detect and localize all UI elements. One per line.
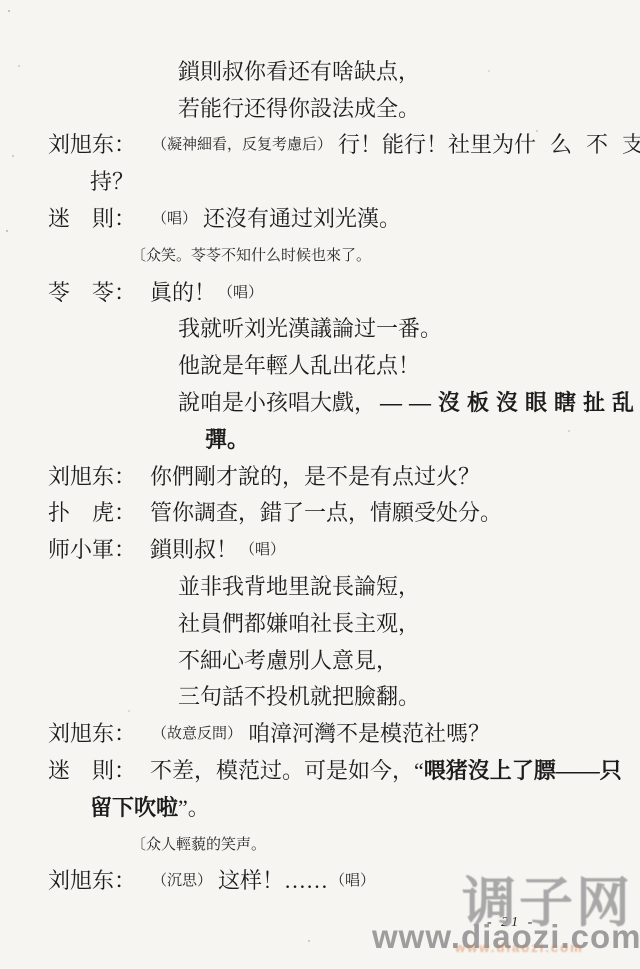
dialogue-text: 我就听刘光漢議論过一番。 (178, 312, 442, 343)
stage-direction: （故意反問） (152, 722, 242, 743)
script-line: 三句話不投机就把臉翻。 (178, 678, 640, 715)
dialogue-text: 三句話不投机就把臉翻。 (178, 680, 420, 711)
speaker-name: 迷 則： (48, 202, 136, 233)
script-line: 迷 則：（唱）还沒有通过刘光漢。 (48, 199, 640, 236)
stage-direction: （凝神細看，反复考慮后） (152, 133, 332, 154)
speaker-name: 苓 苓： (48, 276, 136, 307)
stage-direction: 〔众人輕藐的笑声。 (131, 833, 266, 854)
dialogue-text: 並非我背地里說長論短， (178, 570, 420, 601)
speaker-name: 迷 則： (48, 754, 136, 785)
script-line: 苓 苓：眞的！（唱） (48, 273, 640, 310)
speaker-name: 刘旭东： (48, 460, 136, 491)
emphasized-text: 留下吹啦 (90, 791, 178, 822)
watermark-echo-text: www.diaozi.com (455, 940, 584, 955)
stage-direction: （沉思） (152, 869, 212, 890)
script-line: 刘旭东：（故意反問）咱漳河灣不是模范社嗎？ (48, 714, 640, 751)
script-line: 留下吹啦”。 (90, 788, 640, 825)
script-line: 师小軍：鎖則叔！（唱） (48, 530, 640, 567)
dialogue-text: 咱漳河灣不是模范社嗎？ (248, 717, 490, 748)
speaker-name: 刘旭东： (48, 128, 136, 159)
script-line: 〔众人輕藐的笑声。 (131, 825, 640, 862)
script-body: 鎖則叔你看还有啥缺点，若能行还得你設法成全。刘旭东：（凝神細看，反复考慮后）行！… (0, 52, 640, 898)
scan-specks (8, 10, 10, 12)
script-line: 社員們都嫌咱社長主观， (178, 604, 640, 641)
script-line: 說咱是小孩唱大戲，——沒板沒眼瞎扯乱 (178, 383, 640, 420)
emphasized-text: ——沒板沒眼瞎扯乱 (380, 386, 640, 417)
script-line: 不細心考慮別人意見， (178, 641, 640, 678)
dialogue-text: 他說是年輕人乱出花点！ (178, 349, 420, 380)
dialogue-text: 这样！…… (218, 864, 328, 895)
speaker-name: 刘旭东： (48, 717, 136, 748)
dialogue-text: 什么不支 (514, 128, 640, 159)
dialogue-text: 不差，模范过。可是如今，“ (150, 754, 424, 785)
dialogue-text: 还沒有通过刘光漢。 (203, 202, 401, 233)
speaker-name: 刘旭东： (48, 864, 136, 895)
script-line: 刘旭东：你們剛才說的，是不是有点过火？ (48, 457, 640, 494)
speaker-name: 师小軍： (48, 533, 136, 564)
dialogue-text: 社員們都嫌咱社長主观， (178, 607, 420, 638)
dialogue-text: 你們剛才說的，是不是有点过火？ (150, 460, 480, 491)
dialogue-text: 若能行还得你設法成全。 (178, 92, 420, 123)
script-line: 我就听刘光漢議論过一番。 (178, 310, 640, 347)
script-line: 他說是年輕人乱出花点！ (178, 346, 640, 383)
dialogue-text: 管你調查，錯了一点，情願受处分。 (150, 496, 502, 527)
stage-direction: （唱） (330, 869, 375, 890)
stage-direction: 〔众笑。苓苓不知什么时候也來了。 (131, 244, 371, 265)
dialogue-text: 行！能行！社里为 (338, 128, 514, 159)
script-line: 刘旭东：（凝神細看，反复考慮后）行！能行！社里为什么不支 (48, 126, 640, 163)
dialogue-text: 說咱是小孩唱大戲， (178, 386, 376, 417)
dialogue-text: 鎖則叔你看还有啥缺点， (178, 55, 420, 86)
dialogue-text: 不細心考慮別人意見， (178, 644, 398, 675)
dialogue-text: 眞的！ (150, 276, 216, 307)
script-line: 彈。 (205, 420, 640, 457)
dialogue-text: 鎖則叔！ (150, 533, 238, 564)
emphasized-text: 喂猪沒上了膘——只 (424, 754, 622, 785)
dialogue-text: ”。 (178, 791, 210, 822)
script-line: 並非我背地里說長論短， (178, 567, 640, 604)
script-line: 鎖則叔你看还有啥缺点， (178, 52, 640, 89)
stage-direction: （唱） (218, 281, 263, 302)
script-line: 〔众笑。苓苓不知什么时候也來了。 (131, 236, 640, 273)
speaker-name: 扑 虎： (48, 496, 136, 527)
emphasized-text: 彈。 (205, 423, 249, 454)
stage-direction: （唱） (152, 207, 197, 228)
script-line: 迷 則：不差，模范过。可是如今，“喂猪沒上了膘——只 (48, 751, 640, 788)
script-line: 持？ (90, 162, 640, 199)
scanned-script-page: 鎖則叔你看还有啥缺点，若能行还得你設法成全。刘旭东：（凝神細看，反复考慮后）行！… (0, 0, 640, 969)
script-line: 扑 虎：管你調查，錯了一点，情願受处分。 (48, 494, 640, 531)
dialogue-text: 持？ (90, 165, 134, 196)
script-line: 若能行还得你設法成全。 (178, 89, 640, 126)
stage-direction: （唱） (240, 538, 285, 559)
